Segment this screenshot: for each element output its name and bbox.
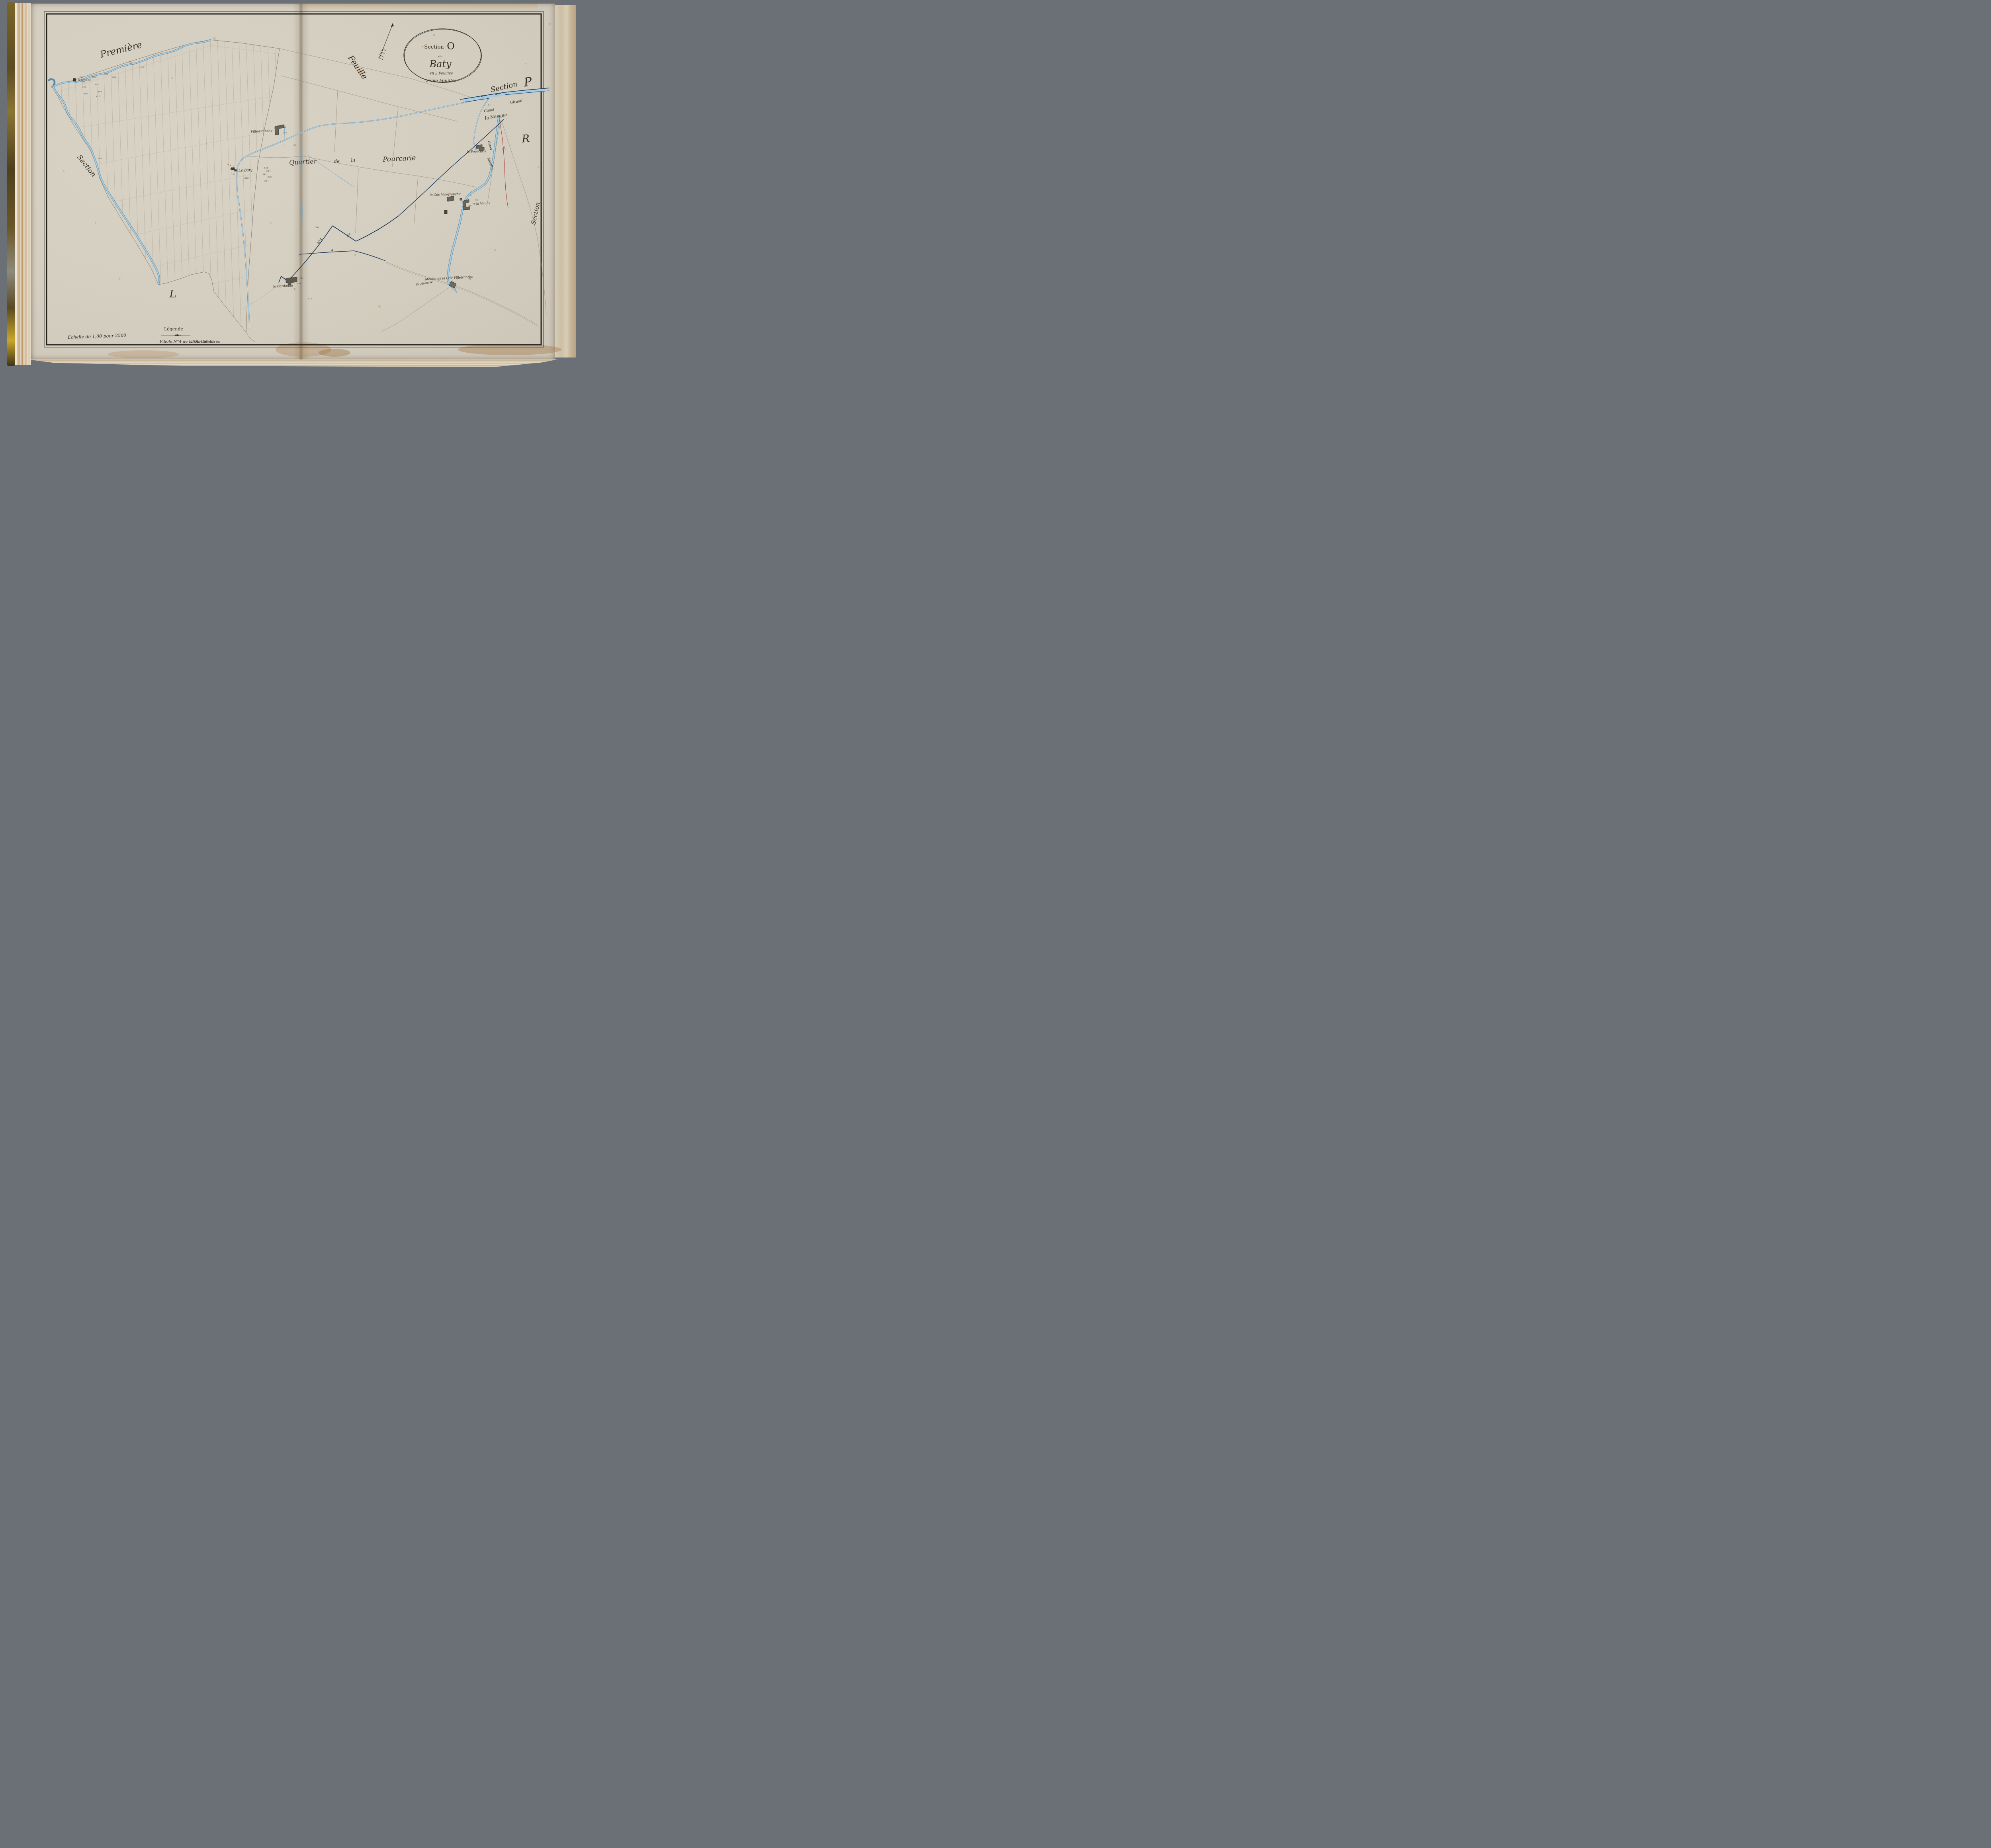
- parcel-number: 125: [283, 132, 287, 134]
- parcel-number: 405: [83, 93, 88, 95]
- scale-note: Echelle de 1,00 pour 2500: [67, 333, 127, 340]
- legend-debit: Débit 50 litres: [191, 340, 220, 344]
- parcel-number: 540: [244, 177, 249, 180]
- parcel-number: 544: [266, 170, 271, 172]
- label-section-p-letter: P: [522, 75, 533, 90]
- cartouche-de: de: [438, 55, 442, 58]
- filiole-label-n4: N°4: [316, 237, 323, 245]
- parcel-number: 73: [475, 199, 478, 202]
- farm-name-labels: Nicodet Ville-Franche Le Baty la Pourcar…: [78, 78, 491, 288]
- parcel-number: 394: [104, 73, 108, 76]
- parcel-number: 127: [277, 125, 281, 128]
- label-quartier-de: de: [334, 158, 340, 164]
- cartouche-sheet-number: 2ème Feuilles: [425, 78, 457, 83]
- parcel-number: 124: [282, 126, 287, 129]
- label-section-l-letter: L: [169, 288, 176, 300]
- parcel-number: 76: [473, 203, 475, 205]
- north-arrow-icon: [378, 23, 394, 60]
- parcel-number: 109: [297, 283, 301, 285]
- label-quartier-name: Pourcarie: [382, 154, 416, 164]
- quartier-label: Quartier de la Pourcarie: [289, 154, 416, 166]
- map-border-frame: [44, 12, 544, 347]
- farm-label-le-baty: Le Baty: [238, 168, 253, 173]
- label-quartier-la: la: [351, 158, 356, 164]
- cartouche-commune-name: Baty: [429, 59, 452, 70]
- label-canal-red: Canal: [487, 141, 493, 150]
- farm-buildings: [73, 78, 484, 288]
- parcel-number: 398: [81, 81, 85, 83]
- label-canal-word: Canal: [484, 108, 495, 113]
- farm-label-gde-villefranche: la Gde Villefranche: [430, 192, 461, 197]
- parcel-number: 545: [262, 174, 267, 176]
- parcel-number: 547: [264, 180, 269, 182]
- parcel-number: 530: [230, 168, 234, 171]
- gde-villefranche-buildings: [444, 196, 454, 214]
- legend-title: Légende: [164, 326, 183, 332]
- parcel-number: 57: [488, 104, 491, 106]
- label-section-r-letter: R: [521, 133, 530, 145]
- cartouche-section-letter: O: [447, 41, 455, 52]
- parcel-number: 309: [140, 66, 145, 69]
- legend-divider: [161, 334, 190, 336]
- cartouche-section-word: Section: [424, 44, 444, 50]
- paper-stains: [63, 23, 561, 359]
- section-labels: Première Feuille Section Section P R Sec…: [75, 40, 542, 300]
- parcel-number: 410: [96, 96, 100, 98]
- farm-label-ville-franche: Ville-Franche: [250, 129, 272, 134]
- parcel-number: 402: [82, 86, 86, 88]
- farm-label-la-pourcarie: la Pourcarie: [467, 149, 487, 154]
- water-labels: Canal Giraud la Nesque Canal Moulin: [484, 99, 523, 170]
- filiole-navy-lines: [279, 119, 504, 283]
- filiole-label-4: 4: [331, 248, 333, 252]
- parcel-number: 119: [292, 145, 297, 147]
- parcel-number: 101: [299, 277, 304, 279]
- parcel-number: 311: [130, 64, 135, 66]
- parcel-number: 532: [231, 174, 235, 176]
- cartouche-sheets-note: en 2 Feuilles: [430, 72, 453, 76]
- map-footer: Echelle de 1,00 pour 2500 Légende Filiol…: [67, 326, 220, 344]
- filiole-label-de: de: [346, 232, 352, 237]
- parcel-number: 404: [97, 91, 102, 93]
- parcel-number: 110: [308, 298, 312, 300]
- parcel-number: 75: [469, 195, 472, 197]
- streams-and-canals: [49, 40, 550, 330]
- moulin-building: [449, 281, 456, 288]
- cartouche: Section O de Baty en 2 Feuilles 2ème Feu…: [404, 29, 482, 83]
- cadastral-map: Section O de Baty en 2 Feuilles 2ème Feu…: [0, 0, 585, 369]
- filiole-annotation-labels: N°4 4 de: [316, 232, 351, 252]
- parcel-number: 543: [264, 167, 268, 170]
- canal-red-lines: [227, 97, 508, 208]
- parcel-number: 112: [292, 288, 297, 290]
- farm-label-la-gardanne: la Gardanne: [273, 284, 293, 289]
- parcel-number: 312: [128, 61, 133, 63]
- road-label-villefranche: Villefranche: [416, 280, 433, 286]
- label-premiere: Première: [99, 40, 143, 60]
- parcel-number: 403: [95, 84, 100, 86]
- parcel-numbers: 3123113093963953943923984024034044054104…: [79, 61, 491, 300]
- parcel-number: 546: [268, 176, 272, 178]
- parcel-number: 395: [92, 76, 96, 78]
- farm-label-la-vitalis: la Vitalis: [476, 201, 491, 205]
- nicodet-building: [73, 78, 76, 81]
- label-river-name: la Nesque: [485, 112, 508, 121]
- parcel-number: 79: [468, 278, 471, 281]
- label-canal-owner: Giraud: [510, 99, 523, 105]
- parcel-number: 392: [112, 76, 117, 78]
- parcel-number: 443: [98, 158, 102, 160]
- label-quartier: Quartier: [289, 157, 318, 166]
- label-feuille: Feuille: [346, 53, 370, 81]
- parcel-number: 106: [315, 227, 319, 229]
- parcel-number: 396: [79, 76, 84, 79]
- parcel-number: 77: [469, 205, 471, 208]
- book-photo: Section O de Baty en 2 Feuilles 2ème Feu…: [0, 0, 585, 369]
- strip-parcel-block: [53, 38, 284, 342]
